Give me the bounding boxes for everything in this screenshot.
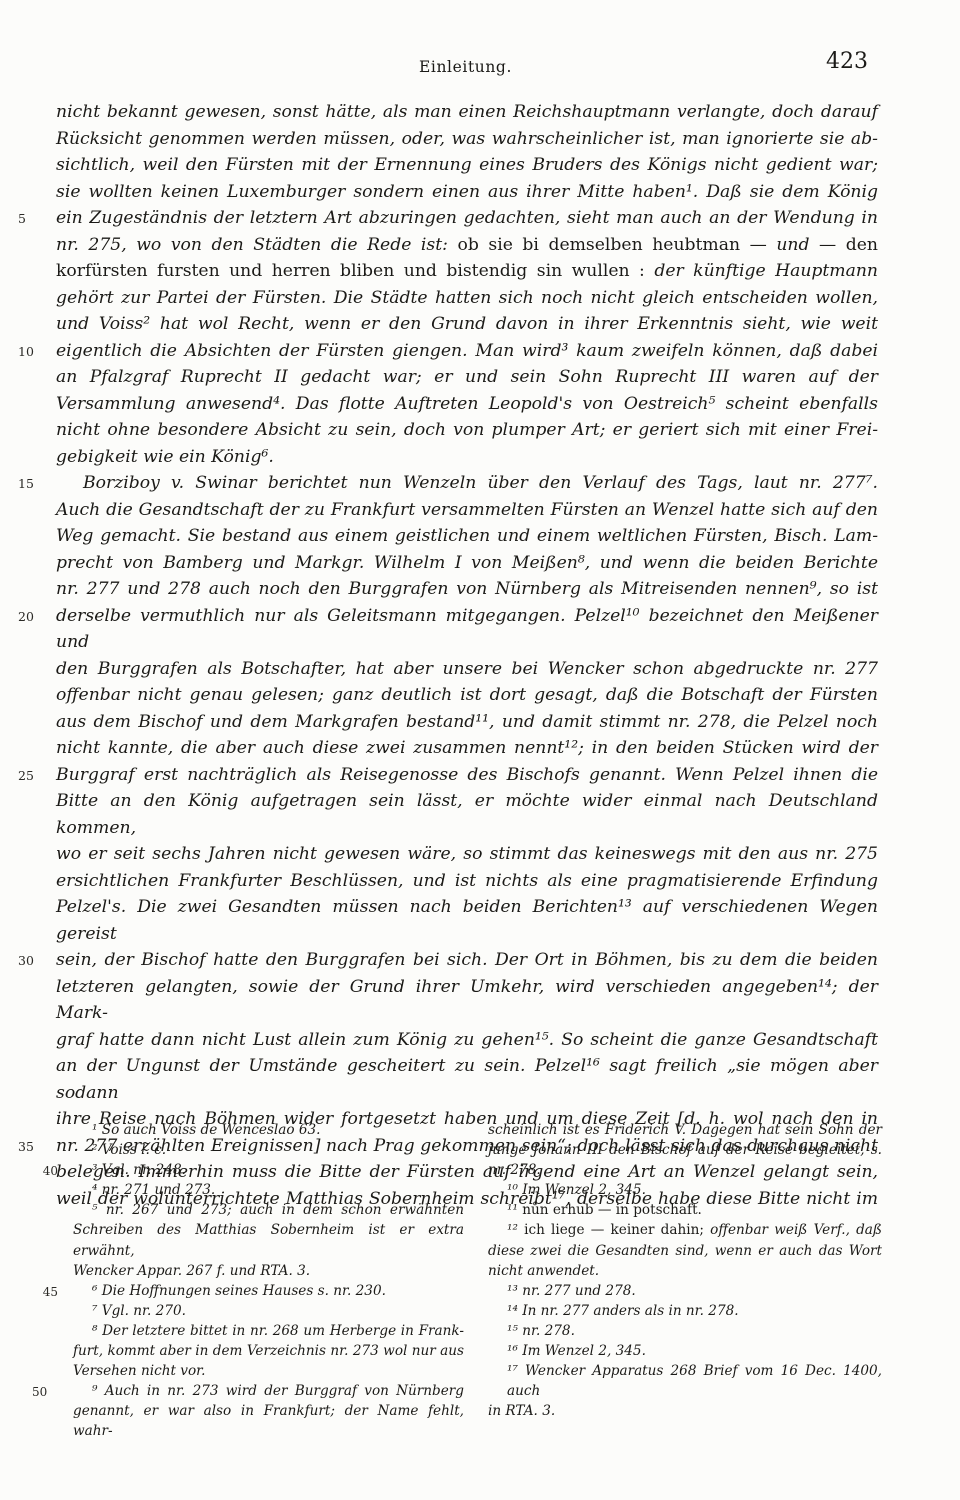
italic-text-segment: Burggraf erst nachträglich als Reisegeno… bbox=[56, 765, 878, 785]
footnote-line: ⁸ Der letztere bittet in nr. 268 um Herb… bbox=[73, 1321, 464, 1341]
italic-text-segment: Pelzel's. Die zwei Gesandten müssen nach… bbox=[56, 897, 878, 944]
body-text-line: graf hatte dann nicht Lust allein zum Kö… bbox=[56, 1027, 878, 1054]
body-text-line: offenbar nicht genau gelesen; ganz deutl… bbox=[56, 682, 878, 709]
body-text-line: den Burggrafen als Botschafter, hat aber… bbox=[56, 656, 878, 683]
italic-text-segment: junge Johann III den Bischof auf der Rei… bbox=[488, 1142, 882, 1158]
footnote-line: junge Johann III den Bischof auf der Rei… bbox=[488, 1140, 882, 1160]
body-text-line: korfürsten fursten und herren bliben und… bbox=[56, 258, 878, 285]
italic-text-segment: precht von Bamberg und Markgr. Wilhelm I… bbox=[56, 553, 878, 573]
margin-line-number: 15 bbox=[18, 471, 50, 498]
italic-text-segment: Versehen nicht vor. bbox=[73, 1363, 205, 1379]
italic-text-segment: Versammlung anwesend⁴. Das flotte Auftre… bbox=[56, 394, 878, 414]
footnote-line: ⁴ nr. 271 und 273. bbox=[73, 1180, 464, 1200]
footnote-line: nr. 278. bbox=[488, 1160, 882, 1180]
body-text-line: gebigkeit wie ein König⁶. bbox=[56, 444, 878, 471]
body-text-line: aus dem Bischof und dem Markgrafen besta… bbox=[56, 709, 878, 736]
margin-line-number: 35 bbox=[18, 1134, 50, 1161]
italic-text-segment: nr. 277 und 278 auch noch den Burggrafen… bbox=[56, 579, 878, 599]
italic-text-segment: ¹⁷ Wencker Apparatus 268 Brief vom 16 De… bbox=[507, 1363, 882, 1399]
italic-text-segment: nicht kannte, die aber auch diese zwei z… bbox=[56, 738, 878, 758]
footnote-line: ¹ So auch Voiss de Wenceslao 63. bbox=[73, 1120, 464, 1140]
footnote-line: Schreiben des Matthias Sobernheim ist er… bbox=[73, 1220, 464, 1260]
italic-text-segment: diese zwei die Gesandten sind, wenn er a… bbox=[488, 1243, 882, 1259]
body-text-line: nicht ohne besondere Absicht zu sein, do… bbox=[56, 417, 878, 444]
footnote-line: genannt, er war also in Frankfurt; der N… bbox=[73, 1401, 464, 1441]
page-number: 423 bbox=[826, 49, 868, 74]
footnote-line: ¹² ich liege — keiner dahin; offenbar we… bbox=[488, 1220, 882, 1240]
italic-text-segment: graf hatte dann nicht Lust allein zum Kö… bbox=[56, 1030, 878, 1050]
italic-text-segment: Borziboy v. Swinar berichtet nun Wenzeln… bbox=[83, 473, 878, 493]
margin-line-number: 50 bbox=[32, 1382, 58, 1402]
body-text-line: ersichtlichen Frankfurter Beschlüssen, u… bbox=[56, 868, 878, 895]
body-text-line: an der Ungunst der Umstände gescheitert … bbox=[56, 1053, 878, 1106]
body-text-line: 15Borziboy v. Swinar berichtet nun Wenze… bbox=[56, 470, 878, 497]
body-text-line: und Voiss² hat wol Recht, wenn er den Gr… bbox=[56, 311, 878, 338]
italic-text-segment: scheinlich ist es Friderich V. Dagegen h… bbox=[488, 1122, 882, 1138]
body-text-line: Weg gemacht. Sie bestand aus einem geist… bbox=[56, 523, 878, 550]
italic-text-segment: offenbar weiß Verf., daß bbox=[710, 1222, 882, 1238]
italic-text-segment: ⁷ Vgl. nr. 270. bbox=[92, 1303, 186, 1319]
body-text-line: 30sein, der Bischof hatte den Burggrafen… bbox=[56, 947, 878, 974]
italic-text-segment: wo er seit sechs Jahren nicht gewesen wä… bbox=[56, 844, 878, 864]
italic-text-segment: nr. 275, wo von den Städten die Rede ist… bbox=[56, 235, 458, 255]
margin-line-number: 5 bbox=[18, 206, 50, 233]
body-text-line: Bitte an den König aufgetragen sein läss… bbox=[56, 788, 878, 841]
italic-text-segment: genannt, er war also in Frankfurt; der N… bbox=[73, 1403, 464, 1439]
body-text-line: 25Burggraf erst nachträglich als Reisege… bbox=[56, 762, 878, 789]
footnote-line: 40³ Vgl. nr. 248. bbox=[73, 1160, 464, 1180]
body-text-line: sichtlich, weil den Fürsten mit der Erne… bbox=[56, 152, 878, 179]
roman-text-segment: ich liege — keiner dahin; bbox=[524, 1222, 710, 1238]
margin-line-number: 20 bbox=[18, 604, 50, 631]
italic-text-segment: ⁴ nr. 271 und 273. bbox=[92, 1182, 215, 1198]
italic-text-segment: sein, der Bischof hatte den Burggrafen b… bbox=[56, 950, 878, 970]
body-text-line: sie wollten keinen Luxemburger sondern e… bbox=[56, 179, 878, 206]
italic-text-segment: nicht ohne besondere Absicht zu sein, do… bbox=[56, 420, 878, 440]
footnote-line: 50⁹ Auch in nr. 273 wird der Burggraf vo… bbox=[73, 1381, 464, 1401]
roman-text-segment: — den bbox=[809, 235, 878, 255]
italic-text-segment: der künftige Hauptmann bbox=[654, 261, 878, 281]
italic-text-segment: derselbe vermuthlich nur als Geleitsmann… bbox=[56, 606, 878, 653]
body-text-line: Versammlung anwesend⁴. Das flotte Auftre… bbox=[56, 391, 878, 418]
italic-text-segment: ² Voiss l. c. bbox=[92, 1142, 166, 1158]
italic-text-segment: nicht bekannt gewesen, sonst hätte, als … bbox=[56, 102, 878, 122]
italic-text-segment: und Voiss² hat wol Recht, wenn er den Gr… bbox=[56, 314, 878, 334]
body-text-line: nicht kannte, die aber auch diese zwei z… bbox=[56, 735, 878, 762]
italic-text-segment: ¹ So auch Voiss de Wenceslao 63. bbox=[92, 1122, 320, 1138]
body-text-line: precht von Bamberg und Markgr. Wilhelm I… bbox=[56, 550, 878, 577]
body-text-line: nicht bekannt gewesen, sonst hätte, als … bbox=[56, 99, 878, 126]
footnote-line: ¹⁵ nr. 278. bbox=[488, 1321, 882, 1341]
footnote-line: ⁷ Vgl. nr. 270. bbox=[73, 1301, 464, 1321]
italic-text-segment: ⁹ Auch in nr. 273 wird der Burggraf von … bbox=[92, 1383, 464, 1399]
footnote-line: ¹³ nr. 277 und 278. bbox=[488, 1281, 882, 1301]
italic-text-segment: aus dem Bischof und dem Markgrafen besta… bbox=[56, 712, 878, 732]
margin-line-number: 40 bbox=[32, 1161, 58, 1181]
italic-text-segment: Rücksicht genommen werden müssen, oder, … bbox=[56, 129, 878, 149]
italic-text-segment: an Pfalzgraf Ruprecht II gedacht war; er… bbox=[56, 367, 878, 387]
roman-text-segment: ob sie bi demselben heubtman — bbox=[458, 235, 777, 255]
footnote-line: 45⁶ Die Hoffnungen seines Hauses s. nr. … bbox=[73, 1281, 464, 1301]
italic-text-segment: ein Zugeständnis der letztern Art abzuri… bbox=[56, 208, 878, 228]
footnote-line: ¹⁴ In nr. 277 anders als in nr. 278. bbox=[488, 1301, 882, 1321]
margin-line-number: 30 bbox=[18, 948, 50, 975]
body-text-line: 5ein Zugeständnis der letztern Art abzur… bbox=[56, 205, 878, 232]
body-text-line: Rücksicht genommen werden müssen, oder, … bbox=[56, 126, 878, 153]
body-text-line: wo er seit sechs Jahren nicht gewesen wä… bbox=[56, 841, 878, 868]
body-text-line: nr. 275, wo von den Städten die Rede ist… bbox=[56, 232, 878, 259]
margin-line-number: 25 bbox=[18, 763, 50, 790]
italic-text-segment: ⁸ Der letztere bittet in nr. 268 um Herb… bbox=[92, 1323, 464, 1339]
body-text-line: 10eigentlich die Absichten der Fürsten g… bbox=[56, 338, 878, 365]
body-text-line: gehört zur Partei der Fürsten. Die Städt… bbox=[56, 285, 878, 312]
body-text-line: nr. 277 und 278 auch noch den Burggrafen… bbox=[56, 576, 878, 603]
body-text-line: 20derselbe vermuthlich nur als Geleitsma… bbox=[56, 603, 878, 656]
italic-text-segment: ¹⁴ In nr. 277 anders als in nr. 278. bbox=[507, 1303, 739, 1319]
footnote-line: nicht anwendet. bbox=[488, 1261, 882, 1281]
italic-text-segment: ³ Vgl. nr. 248. bbox=[92, 1162, 186, 1178]
italic-text-segment: sie wollten keinen Luxemburger sondern e… bbox=[56, 182, 878, 202]
italic-text-segment: offenbar nicht genau gelesen; ganz deutl… bbox=[56, 685, 878, 705]
italic-text-segment: sichtlich, weil den Fürsten mit der Erne… bbox=[56, 155, 878, 175]
italic-text-segment: ⁶ Die Hoffnungen seines Hauses s. nr. 23… bbox=[92, 1283, 386, 1299]
footnote-line: diese zwei die Gesandten sind, wenn er a… bbox=[488, 1241, 882, 1261]
footnote-line: Wencker Appar. 267 f. und RTA. 3. bbox=[73, 1261, 464, 1281]
italic-text-segment: Schreiben des Matthias Sobernheim ist er… bbox=[73, 1222, 464, 1258]
italic-text-segment: Wencker Appar. 267 f. und RTA. 3. bbox=[73, 1263, 310, 1279]
italic-text-segment: Bitte an den König aufgetragen sein läss… bbox=[56, 791, 878, 838]
italic-text-segment: ¹⁰ Im Wenzel 2, 345. bbox=[507, 1182, 646, 1198]
italic-text-segment: Weg gemacht. Sie bestand aus einem geist… bbox=[56, 526, 878, 546]
italic-text-segment: gebigkeit wie ein König⁶. bbox=[56, 447, 274, 467]
footnote-line: furt, kommt aber in dem Verzeichnis nr. … bbox=[73, 1341, 464, 1361]
scanned-book-page: Einleitung. 423 nicht bekannt gewesen, s… bbox=[0, 0, 960, 1500]
italic-text-segment: ¹¹ bbox=[507, 1202, 522, 1218]
italic-text-segment: in RTA. 3. bbox=[488, 1403, 555, 1419]
italic-text-segment: Auch die Gesandtschaft der zu Frankfurt … bbox=[56, 500, 878, 520]
footnote-line: ¹⁷ Wencker Apparatus 268 Brief vom 16 De… bbox=[488, 1361, 882, 1401]
margin-line-number: 10 bbox=[18, 339, 50, 366]
footnotes-right-column: scheinlich ist es Friderich V. Dagegen h… bbox=[488, 1120, 882, 1421]
italic-text-segment: furt, kommt aber in dem Verzeichnis nr. … bbox=[73, 1343, 464, 1359]
italic-text-segment: ¹⁵ nr. 278. bbox=[507, 1323, 575, 1339]
body-text-line: Pelzel's. Die zwei Gesandten müssen nach… bbox=[56, 894, 878, 947]
footnote-line: ² Voiss l. c. bbox=[73, 1140, 464, 1160]
italic-text-segment: nicht anwendet. bbox=[488, 1263, 599, 1279]
italic-text-segment: ¹² bbox=[507, 1222, 524, 1238]
margin-line-number: 45 bbox=[32, 1282, 58, 1302]
italic-text-segment: und bbox=[776, 235, 809, 255]
italic-text-segment: den Burggrafen als Botschafter, hat aber… bbox=[56, 659, 878, 679]
page-header-title: Einleitung. bbox=[419, 58, 512, 76]
italic-text-segment: eigentlich die Absichten der Fürsten gie… bbox=[56, 341, 878, 361]
italic-text-segment: nr. 278. bbox=[488, 1162, 541, 1178]
main-text-block: nicht bekannt gewesen, sonst hätte, als … bbox=[56, 99, 878, 1212]
roman-text-segment: korfürsten fursten und herren bliben und… bbox=[56, 261, 654, 281]
italic-text-segment: an der Ungunst der Umstände gescheitert … bbox=[56, 1056, 878, 1103]
footnote-line: ¹¹ nůn erhub — in potschaft. bbox=[488, 1200, 882, 1220]
footnote-line: ⁵ nr. 267 und 273; auch in dem schon erw… bbox=[73, 1200, 464, 1220]
roman-text-segment: nůn erhub — in potschaft. bbox=[522, 1202, 702, 1218]
italic-text-segment: gehört zur Partei der Fürsten. Die Städt… bbox=[56, 288, 878, 308]
body-text-line: Auch die Gesandtschaft der zu Frankfurt … bbox=[56, 497, 878, 524]
italic-text-segment: ⁵ nr. 267 und 273; auch in dem schon erw… bbox=[92, 1202, 464, 1218]
footnote-line: ¹⁶ Im Wenzel 2, 345. bbox=[488, 1341, 882, 1361]
footnote-line: scheinlich ist es Friderich V. Dagegen h… bbox=[488, 1120, 882, 1140]
footnote-line: in RTA. 3. bbox=[488, 1401, 882, 1421]
body-text-line: an Pfalzgraf Ruprecht II gedacht war; er… bbox=[56, 364, 878, 391]
footnotes-left-column: ¹ So auch Voiss de Wenceslao 63.² Voiss … bbox=[73, 1120, 464, 1442]
body-text-line: letzteren gelangten, sowie der Grund ihr… bbox=[56, 974, 878, 1027]
footnote-line: ¹⁰ Im Wenzel 2, 345. bbox=[488, 1180, 882, 1200]
italic-text-segment: ersichtlichen Frankfurter Beschlüssen, u… bbox=[56, 871, 878, 891]
italic-text-segment: letzteren gelangten, sowie der Grund ihr… bbox=[56, 977, 878, 1024]
footnote-line: Versehen nicht vor. bbox=[73, 1361, 464, 1381]
italic-text-segment: ¹⁶ Im Wenzel 2, 345. bbox=[507, 1343, 646, 1359]
italic-text-segment: ¹³ nr. 277 und 278. bbox=[507, 1283, 636, 1299]
